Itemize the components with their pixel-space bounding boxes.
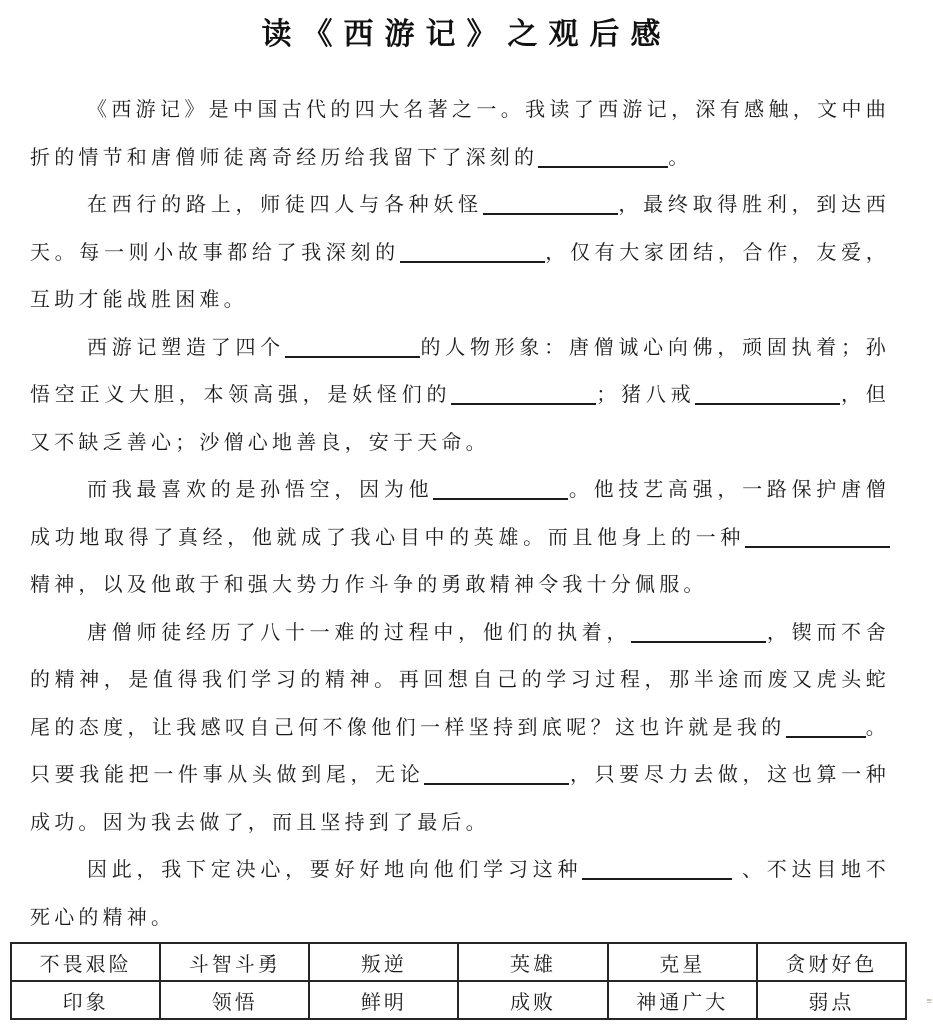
paragraph: 唐僧师徒经历了八十一难的过程中，他们的执着，，锲而不舍的精神，是值得我们学习的精… bbox=[30, 610, 890, 848]
paragraph-text: 而我最喜欢的是孙悟空，因为他 bbox=[87, 479, 433, 501]
word-bank-cell: 斗智斗勇 bbox=[160, 943, 309, 981]
fill-in-blank[interactable] bbox=[285, 342, 420, 358]
fill-in-blank[interactable] bbox=[786, 722, 866, 738]
paragraph: 而我最喜欢的是孙悟空，因为他。他技艺高强，一路保护唐僧成功地取得了真经，他就成了… bbox=[30, 467, 890, 610]
fill-in-blank[interactable] bbox=[745, 532, 890, 548]
paragraph: 《西游记》是中国古代的四大名著之一。我读了西游记，深有感触，文中曲折的情节和唐僧… bbox=[30, 87, 890, 182]
document-title: 读《西游记》之观后感 bbox=[0, 0, 933, 56]
word-bank-cell: 弱点 bbox=[757, 981, 906, 1019]
paragraph-text: 唐僧师徒经历了八十一难的过程中，他们的执着， bbox=[87, 622, 631, 644]
fill-in-blank[interactable] bbox=[424, 769, 569, 785]
word-bank-table: 不畏艰险斗智斗勇叛逆英雄克星贪财好色印象领悟鲜明成败神通广大弱点 bbox=[10, 942, 907, 1020]
paragraph: 因此，我下定决心，要好好地向他们学习这种 、不达目地不死心的精神。 bbox=[30, 847, 890, 942]
word-bank-cell: 神通广大 bbox=[608, 981, 757, 1019]
word-bank-cell: 成败 bbox=[458, 981, 607, 1019]
word-bank-cell: 英雄 bbox=[458, 943, 607, 981]
fill-in-blank[interactable] bbox=[433, 484, 568, 500]
paragraph: 在西行的路上，师徒四人与各种妖怪，最终取得胜利，到达西天。每一则小故事都给了我深… bbox=[30, 182, 890, 325]
fill-in-blank[interactable] bbox=[631, 627, 766, 643]
word-bank-cell: 不畏艰险 bbox=[11, 943, 160, 981]
word-bank-cell: 叛逆 bbox=[309, 943, 458, 981]
fill-in-blank[interactable] bbox=[582, 864, 732, 880]
word-bank-cell: 印象 bbox=[11, 981, 160, 1019]
paragraph-text: ；猪八戒 bbox=[596, 384, 695, 406]
word-bank-cell: 领悟 bbox=[160, 981, 309, 1019]
paragraph-text: 。 bbox=[668, 147, 692, 169]
word-bank-cell: 克星 bbox=[608, 943, 757, 981]
paragraph-text: 西游记塑造了四个 bbox=[87, 337, 285, 359]
word-bank-cell: 贪财好色 bbox=[757, 943, 906, 981]
fill-in-blank[interactable] bbox=[538, 152, 668, 168]
paragraph-text: 因此，我下定决心，要好好地向他们学习这种 bbox=[87, 859, 582, 881]
word-bank-row: 不畏艰险斗智斗勇叛逆英雄克星贪财好色 bbox=[11, 943, 906, 981]
fill-in-blank[interactable] bbox=[451, 389, 596, 405]
document-page: 读《西游记》之观后感 《西游记》是中国古代的四大名著之一。我读了西游记，深有感触… bbox=[0, 0, 933, 1028]
word-bank-body: 不畏艰险斗智斗勇叛逆英雄克星贪财好色印象领悟鲜明成败神通广大弱点 bbox=[11, 943, 906, 1019]
essay-body: 《西游记》是中国古代的四大名著之一。我读了西游记，深有感触，文中曲折的情节和唐僧… bbox=[30, 87, 890, 942]
paragraph-text: 在西行的路上，师徒四人与各种妖怪 bbox=[87, 194, 483, 216]
fill-in-blank[interactable] bbox=[400, 247, 545, 263]
fill-in-blank[interactable] bbox=[483, 199, 618, 215]
page-edge-mark: ≡ bbox=[926, 996, 932, 1007]
paragraph-text: 《西游记》是中国古代的四大名著之一。我读了西游记，深有感触，文中曲折的情节和唐僧… bbox=[30, 99, 890, 169]
paragraph: 西游记塑造了四个的人物形象：唐僧诚心向佛，顽固执着；孙悟空正义大胆，本领高强，是… bbox=[30, 325, 890, 468]
word-bank-row: 印象领悟鲜明成败神通广大弱点 bbox=[11, 981, 906, 1019]
word-bank-cell: 鲜明 bbox=[309, 981, 458, 1019]
fill-in-blank[interactable] bbox=[695, 389, 840, 405]
paragraph-text: 精神，以及他敢于和强大势力作斗争的勇敢精神令我十分佩服。 bbox=[30, 574, 708, 596]
